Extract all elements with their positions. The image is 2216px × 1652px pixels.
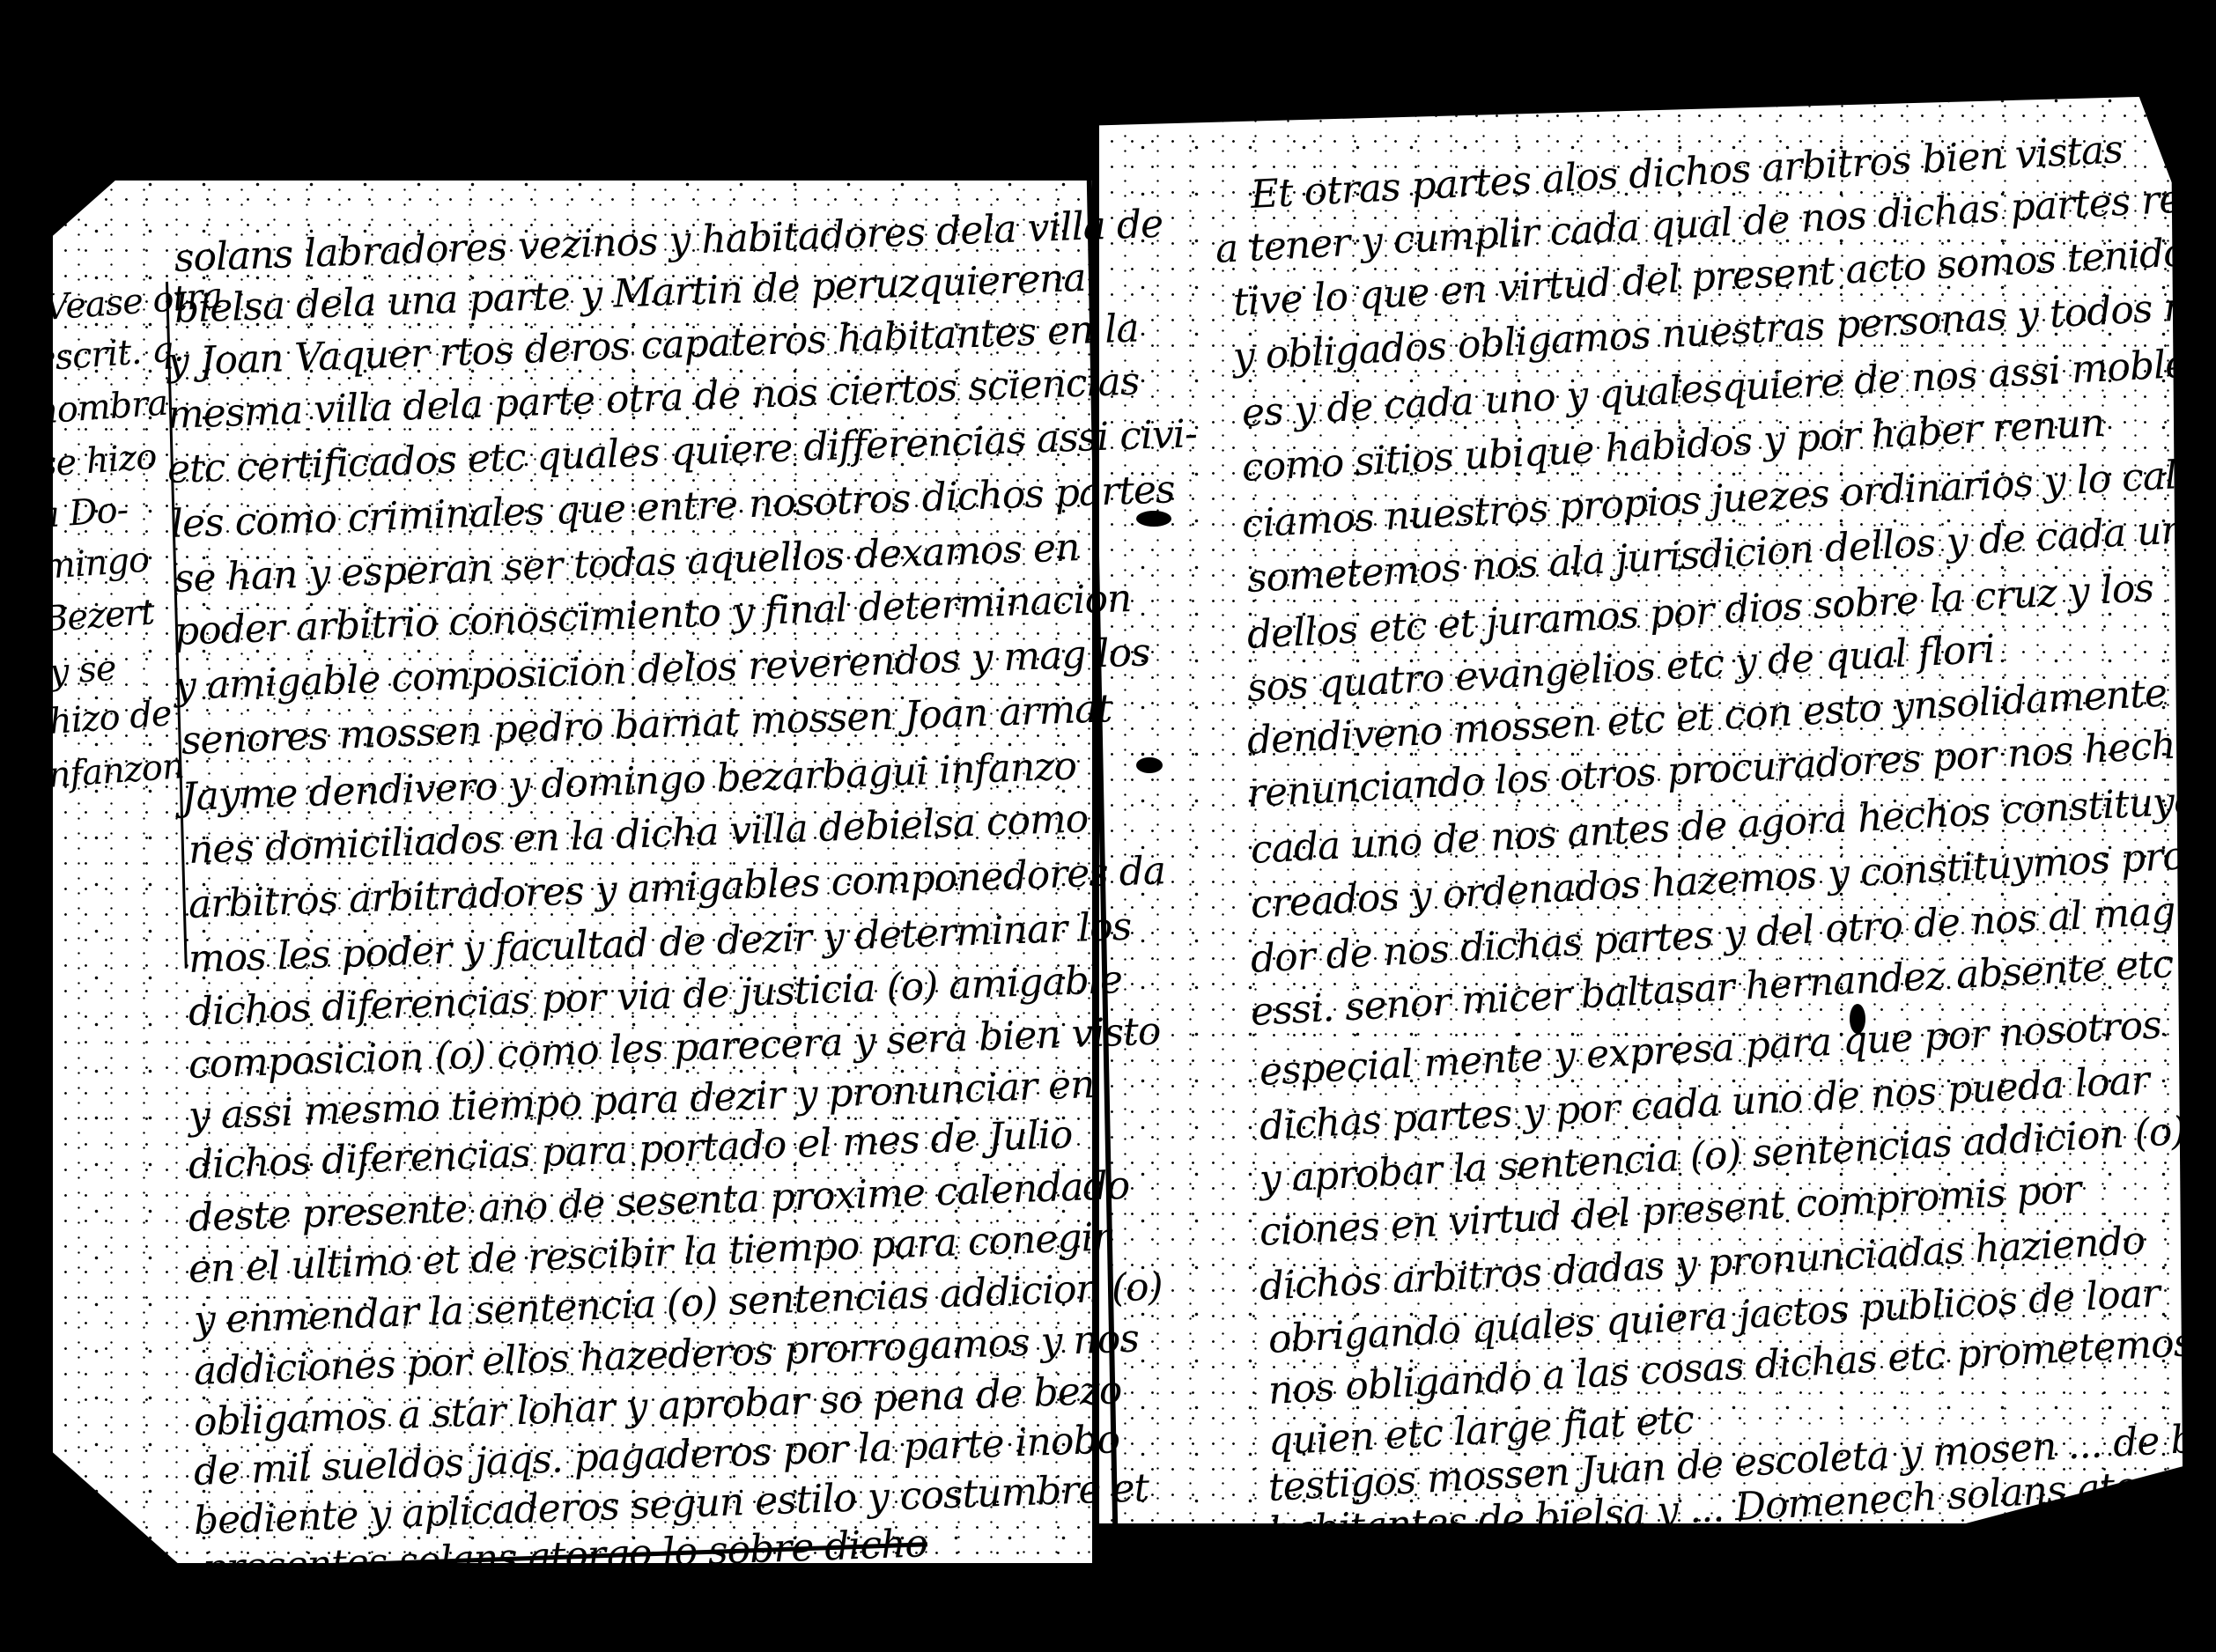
margin-note-line: Infanzon [34,749,185,794]
thumb-shadow [35,1497,132,1652]
ink-blot [1136,511,1171,527]
margin-note-line: se hizo [38,439,158,483]
ink-blot [1136,757,1163,773]
page-number: 12 [2077,55,2140,107]
margin-note-line: escrit. q. [34,331,185,377]
margin-note-line: mingo [41,542,151,585]
margin-note-line: y se [48,651,117,690]
margin-note-line: a Do- [38,492,129,534]
margin-note-line: nombra [34,386,169,430]
margin-note-line: Bezert [41,594,155,638]
margin-note-line: hizo de [48,696,173,740]
ink-blot [1850,1004,1865,1034]
